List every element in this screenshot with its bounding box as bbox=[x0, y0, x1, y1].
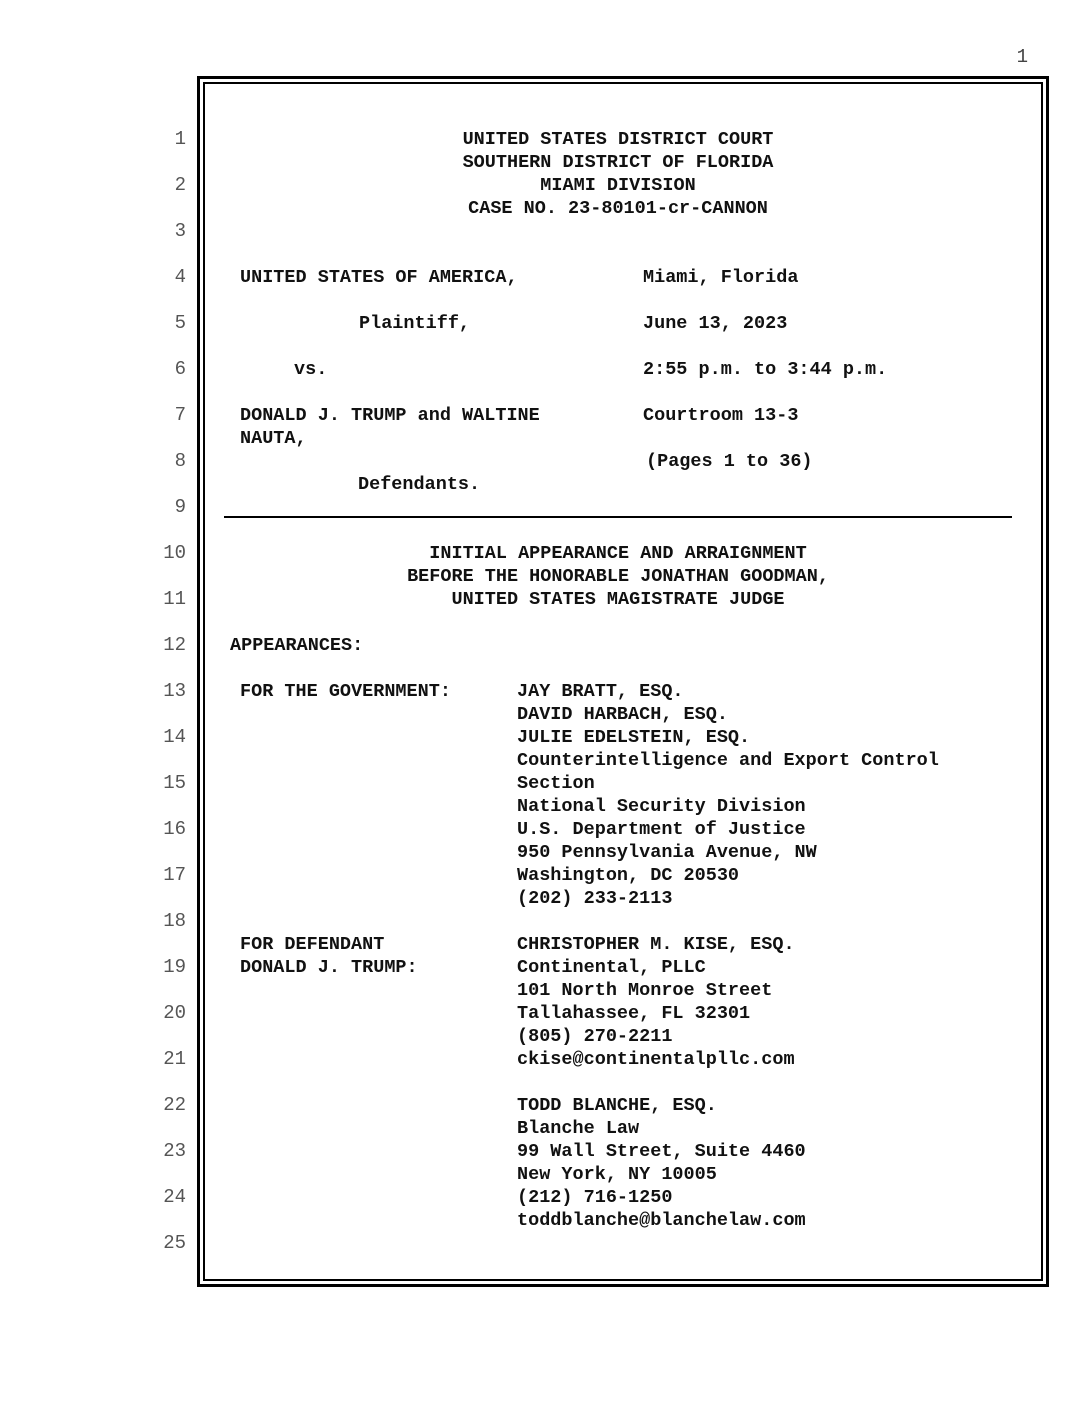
page-range: (Pages 1 to 36) bbox=[646, 450, 813, 473]
versus: vs. bbox=[294, 358, 327, 381]
line-number: 15 bbox=[146, 772, 186, 795]
defense-counsel-line: Tallahassee, FL 32301 bbox=[517, 1002, 750, 1025]
defense-counsel-email: ckise@continentalpllc.com bbox=[517, 1048, 795, 1071]
defense-counsel-line: Continental, PLLC bbox=[517, 956, 706, 979]
page-number: 1 bbox=[1017, 46, 1028, 68]
line-number: 24 bbox=[146, 1186, 186, 1209]
line-number: 7 bbox=[146, 404, 186, 427]
line-number: 14 bbox=[146, 726, 186, 749]
defense-counsel-line: TODD BLANCHE, ESQ. bbox=[517, 1094, 717, 1117]
government-counsel-line: Section bbox=[517, 772, 595, 795]
hearing-time: 2:55 p.m. to 3:44 p.m. bbox=[643, 358, 887, 381]
defense-counsel-line: Blanche Law bbox=[517, 1117, 639, 1140]
court-name: UNITED STATES DISTRICT COURT bbox=[224, 128, 1012, 151]
defense-counsel-line: (212) 716-1250 bbox=[517, 1186, 672, 1209]
line-number: 16 bbox=[146, 818, 186, 841]
government-counsel-line: JULIE EDELSTEIN, ESQ. bbox=[517, 726, 750, 749]
line-number: 20 bbox=[146, 1002, 186, 1025]
plaintiff-label: Plaintiff, bbox=[359, 312, 470, 335]
government-counsel-line: U.S. Department of Justice bbox=[517, 818, 806, 841]
government-counsel-line: DAVID HARBACH, ESQ. bbox=[517, 703, 728, 726]
line-number: 17 bbox=[146, 864, 186, 887]
line-number: 18 bbox=[146, 910, 186, 933]
defense-counsel-email: toddblanche@blanchelaw.com bbox=[517, 1209, 806, 1232]
proceeding-title: INITIAL APPEARANCE AND ARRAIGNMENT bbox=[224, 542, 1012, 565]
defense-counsel-line: 101 North Monroe Street bbox=[517, 979, 772, 1002]
government-counsel-line: 950 Pennsylvania Avenue, NW bbox=[517, 841, 817, 864]
line-number: 4 bbox=[146, 266, 186, 289]
line-number: 1 bbox=[146, 128, 186, 151]
division-name: MIAMI DIVISION bbox=[224, 174, 1012, 197]
line-number: 11 bbox=[146, 588, 186, 611]
government-counsel-line: (202) 233-2113 bbox=[517, 887, 672, 910]
line-number: 3 bbox=[146, 220, 186, 243]
line-number: 2 bbox=[146, 174, 186, 197]
line-number: 23 bbox=[146, 1140, 186, 1163]
defense-counsel-line: New York, NY 10005 bbox=[517, 1163, 717, 1186]
line-number: 19 bbox=[146, 956, 186, 979]
line-number: 22 bbox=[146, 1094, 186, 1117]
judge-title: UNITED STATES MAGISTRATE JUDGE bbox=[224, 588, 1012, 611]
presiding-judge: BEFORE THE HONORABLE JONATHAN GOODMAN, bbox=[224, 565, 1012, 588]
government-counsel-line: Counterintelligence and Export Control bbox=[517, 749, 939, 772]
defense-counsel-line: CHRISTOPHER M. KISE, ESQ. bbox=[517, 933, 795, 956]
case-number: CASE NO. 23-80101-cr-CANNON bbox=[224, 197, 1012, 220]
line-number: 5 bbox=[146, 312, 186, 335]
plaintiff-name: UNITED STATES OF AMERICA, bbox=[240, 266, 518, 289]
line-number: 8 bbox=[146, 450, 186, 473]
defendants-label: Defendants. bbox=[358, 473, 480, 496]
line-number: 25 bbox=[146, 1232, 186, 1255]
district-name: SOUTHERN DISTRICT OF FLORIDA bbox=[224, 151, 1012, 174]
government-counsel-line: JAY BRATT, ESQ. bbox=[517, 680, 684, 703]
line-number: 6 bbox=[146, 358, 186, 381]
line-number: 10 bbox=[146, 542, 186, 565]
caption-divider bbox=[224, 516, 1012, 518]
defense-counsel-line: 99 Wall Street, Suite 4460 bbox=[517, 1140, 806, 1163]
appearances-heading: APPEARANCES: bbox=[230, 634, 363, 657]
line-number: 12 bbox=[146, 634, 186, 657]
line-number: 21 bbox=[146, 1048, 186, 1071]
line-number: 13 bbox=[146, 680, 186, 703]
government-counsel-line: Washington, DC 20530 bbox=[517, 864, 739, 887]
defendant-label-line1: FOR DEFENDANT bbox=[240, 933, 384, 956]
courtroom: Courtroom 13-3 bbox=[643, 404, 798, 427]
defense-counsel-line: (805) 270-2211 bbox=[517, 1025, 672, 1048]
hearing-location: Miami, Florida bbox=[643, 266, 798, 289]
defendants-names-line1: DONALD J. TRUMP and WALTINE bbox=[240, 404, 540, 427]
defendants-names-line2: NAUTA, bbox=[240, 427, 307, 450]
government-label: FOR THE GOVERNMENT: bbox=[240, 680, 451, 703]
defendant-label-line2: DONALD J. TRUMP: bbox=[240, 956, 418, 979]
line-number: 9 bbox=[146, 496, 186, 519]
government-counsel-line: National Security Division bbox=[517, 795, 806, 818]
hearing-date: June 13, 2023 bbox=[643, 312, 787, 335]
